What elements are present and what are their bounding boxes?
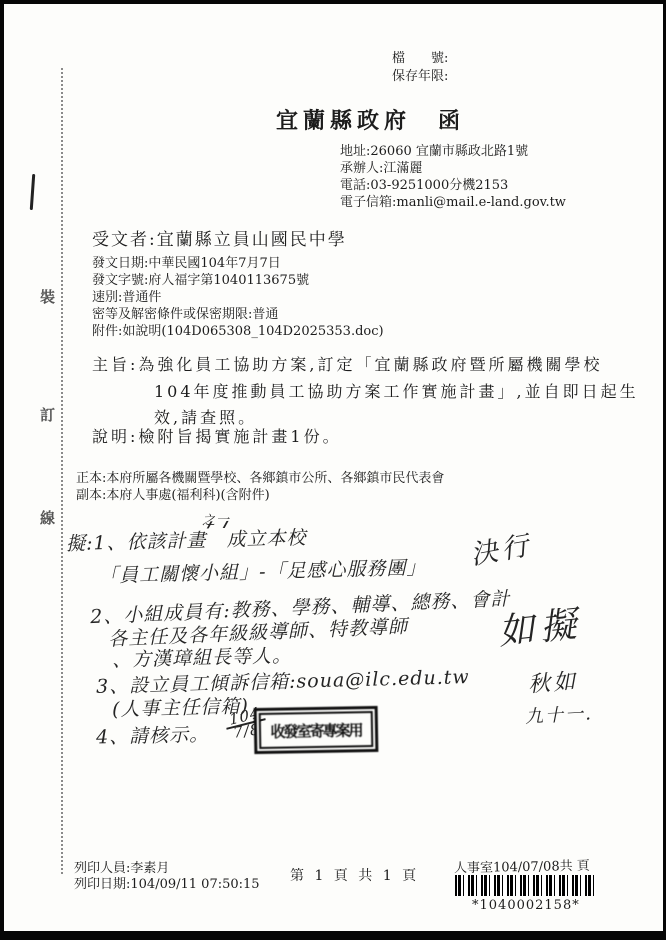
binding-mark-zhuang: 裝: [40, 286, 55, 307]
subject-line-2: 104年度推動員工協助方案工作實施計畫」,並自即日起生: [154, 379, 639, 402]
sender-email: 電子信箱:manli@mail.e-land.gov.tw: [340, 194, 566, 211]
print-date-line: 列印日期:104/09/11 07:50:15: [74, 876, 260, 893]
insertion-mark: 之一: [206, 525, 227, 553]
doc-number-line: 發文字號:府人福字第1040113675號: [92, 272, 309, 289]
description-line: 說明:檢附旨揭實施計畫1份。: [92, 424, 342, 447]
original-copy-line: 正本:本府所屬各機關暨學校、各鄉鎮市公所、各鄉鎮市民代表會: [76, 470, 444, 487]
page-number-info: 第 1 頁 共 1 頁: [290, 865, 419, 885]
security-line: 密等及解密條件或保密期限:普通: [92, 306, 278, 323]
subject-line-1: 主旨:為強化員工協助方案,訂定「宜蘭縣政府暨所屬機關學校: [92, 352, 602, 375]
handwritten-approval: 決行: [467, 523, 535, 572]
archive-number-label: 檔 號:: [392, 50, 448, 67]
barcode-text: *1040002158*: [472, 897, 580, 914]
binding-dotted-line: [61, 68, 63, 874]
handwritten-signature: 秋如: [527, 664, 579, 698]
draft-line1-pre: 擬:1、依該計畫: [66, 529, 207, 555]
barcode: [455, 875, 596, 896]
attachment-line: 附件:如說明(104D065308_104D2025353.doc): [92, 323, 384, 340]
binding-mark-ding: 訂: [40, 404, 55, 425]
sender-phone: 電話:03-9251000分機2153: [340, 177, 508, 194]
draft-line1-post: 成立本校: [226, 527, 307, 551]
recipient-line: 受文者:宜蘭縣立員山國民中學: [92, 225, 347, 250]
sender-contact-person: 承辦人:江滿麗: [340, 160, 422, 177]
insertion-text: 之一: [202, 509, 231, 529]
cc-copy-line: 副本:本府人事處(福利科)(含附件): [76, 487, 270, 504]
issue-date-line: 發文日期:中華民國104年7月7日: [92, 255, 281, 272]
handwritten-draft-line-1: 擬:1、依該計畫之一 成立本校: [66, 523, 307, 556]
handwritten-as-drafted: 如擬: [496, 596, 585, 656]
handwritten-line-8: 4、請核示。: [96, 720, 210, 750]
binding-mark-xian: 線: [40, 507, 55, 528]
scanned-letter-page: 裝 訂 線 檔 號: 保存年限: 宜蘭縣政府 函 地址:26060 宜蘭市縣政北…: [0, 0, 666, 940]
document-title: 宜蘭縣政府 函: [276, 104, 465, 135]
sender-address: 地址:26060 宜蘭市縣政北路1號: [340, 143, 528, 160]
handwritten-line-2: 「員工關懷小組」-「足感心服務團」: [99, 553, 427, 589]
office-stamp: 收發室寄專案用: [254, 706, 379, 754]
speed-line: 速別:普通件: [92, 289, 161, 306]
retention-period-label: 保存年限:: [392, 68, 448, 85]
print-operator-line: 列印人員:李素月: [74, 860, 169, 877]
pen-stroke-mark: [30, 174, 36, 210]
handwritten-signature-date: 九十一.: [524, 699, 593, 729]
